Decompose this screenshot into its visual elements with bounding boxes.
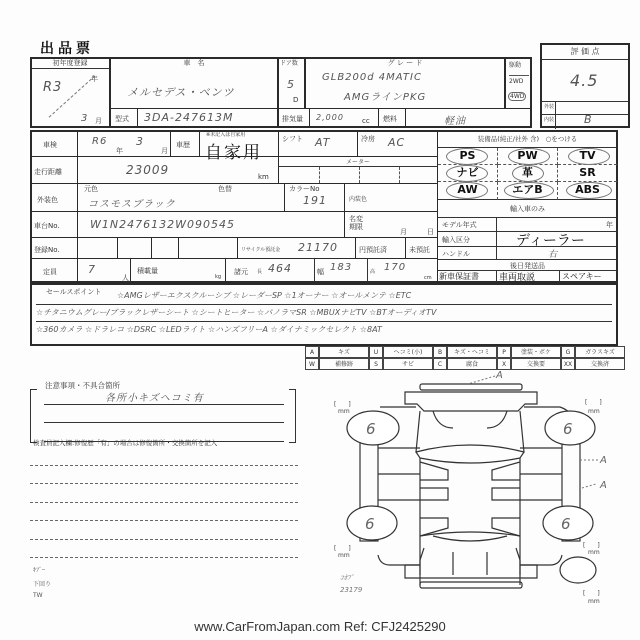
width-value: 183 xyxy=(330,262,352,273)
inspection-month-unit: 月 xyxy=(161,146,168,156)
inspection-label-cell: 車検 xyxy=(30,130,78,157)
score-value: 4.5 xyxy=(570,71,598,90)
handwritten-note: ｺｵﾌﾞ xyxy=(340,574,354,582)
tire-rr-depth: 6 xyxy=(561,515,571,533)
footer-watermark: www.CarFromJapan.com Ref: CFJ2425290 xyxy=(0,619,640,634)
damage-mark-a: A xyxy=(495,370,503,381)
recycle-unpaid-cell: 未預託 xyxy=(405,237,438,259)
ruled-line xyxy=(44,422,284,423)
exterior-label: 外装 xyxy=(544,103,554,110)
svg-text:mm: mm xyxy=(338,408,350,415)
equipment-divider xyxy=(438,259,617,260)
hood xyxy=(416,411,524,452)
meter-label: メーター xyxy=(279,157,437,167)
usage-cell: ※未記入は自家用 自家用 xyxy=(199,130,279,157)
reg-no-label-cell: 登録No. xyxy=(30,237,78,259)
capacity-cell: 7 人 xyxy=(77,258,131,283)
dashed-line xyxy=(30,483,298,484)
legend-code: P xyxy=(497,346,511,358)
handwritten-note: 23179 xyxy=(340,586,363,594)
sales-points-label: セールスポイント xyxy=(46,287,101,297)
ac-label: 冷房 xyxy=(361,134,375,144)
vin-label-cell: 車台No. xyxy=(30,211,78,238)
vin-label: 車台No. xyxy=(34,221,60,231)
recycle-paid-cell: 円預託済 xyxy=(355,237,406,259)
displacement-cell: 2,000 cc xyxy=(309,108,379,128)
specs-cell: 諸元 長 464 幅 183 高 170 cm xyxy=(225,258,438,283)
width-label: 幅 xyxy=(317,267,324,277)
length-value: 464 xyxy=(268,262,292,275)
meter-cell: メーター xyxy=(278,156,438,184)
mileage-cell: 23009 km xyxy=(77,156,279,184)
meter-divider xyxy=(399,167,400,183)
legend-label: ガラスキズ xyxy=(575,346,625,358)
circle-mark xyxy=(566,182,612,199)
svg-text:[ ]: [ ] xyxy=(334,545,351,552)
original-color-value: コスモスブラック xyxy=(88,195,176,210)
damage-mark-a: A xyxy=(599,455,607,466)
legend-label: ヘコミ(小) xyxy=(383,346,433,358)
model-year-unit: 年 xyxy=(606,220,613,230)
specs-divider xyxy=(367,259,368,282)
legend-code: XX xyxy=(561,358,575,370)
meter-divider xyxy=(319,167,320,183)
equipment-header: 装備品(純正/社外 含) ○をつける xyxy=(438,134,617,143)
capacity-label-cell: 定員 xyxy=(30,258,78,283)
repaint-label: 色替 xyxy=(218,184,232,194)
model-code-label-cell: 型式 xyxy=(110,108,138,128)
reg-no-label: 登録No. xyxy=(34,245,60,255)
height-label: 高 xyxy=(370,268,375,275)
name-change-day-unit: 日 xyxy=(427,227,434,237)
dashed-line xyxy=(30,465,298,466)
later-item-spare-key: スペアキー xyxy=(562,271,602,282)
ruled-line xyxy=(36,321,612,322)
recycle-paid-label: 円預託済 xyxy=(359,245,387,255)
fuel-cell: 軽油 xyxy=(405,108,532,128)
doors-unit: D xyxy=(293,96,298,104)
legend-code: S xyxy=(369,358,383,370)
model-year-label: モデル年式 xyxy=(442,220,477,230)
name-change-label: 名変 期限 xyxy=(349,215,363,231)
color-no-value: 191 xyxy=(303,194,327,207)
meter-divider xyxy=(359,167,360,183)
legend-label: キズ xyxy=(319,346,369,358)
legend-code: U xyxy=(369,346,383,358)
grade-cell: グ レ ー ド GLB200d 4MATIC AMGラインPKG xyxy=(305,57,505,109)
displacement-label-cell: 排気量 xyxy=(278,108,310,128)
car-name-cell: 車 名 メルセデス・ベンツ xyxy=(110,57,278,109)
damage-legend: A キズ U ヘコミ(小) B キズ・ヘコミ P 塗装・ボケ G ガラスキズ W… xyxy=(305,346,640,370)
ruled-line xyxy=(36,304,612,305)
sales-point-line-3: ☆360カメラ ☆ドラレコ ☆DSRC ☆LEDライト ☆ハンズフリーA ☆ダイ… xyxy=(36,324,382,335)
mileage-label: 走行距離 xyxy=(34,167,62,177)
legend-code: W xyxy=(305,358,319,370)
grade-line-2: AMGラインPKG xyxy=(344,88,426,103)
inspection-label: 車検 xyxy=(43,140,57,150)
svg-text:[ ]: [ ] xyxy=(583,590,600,597)
legend-label: 補修跡 xyxy=(319,358,369,370)
score-label: 評 価 点 xyxy=(542,46,628,60)
first-registration-month: 3 xyxy=(81,113,88,124)
vin-value: W1N2476132W090545 xyxy=(90,218,235,231)
usage-label-cell: 車歴 xyxy=(170,130,200,157)
legend-label: 交換要 xyxy=(511,358,561,370)
equipment-sunroof: SR xyxy=(558,165,617,182)
capacity-unit: 人 xyxy=(122,273,129,283)
legend-label: キズ・ヘコミ xyxy=(447,346,497,358)
inspector-label: 検査員記入欄:修復歴「有」の場合は修復箇所・交換箇所を記入 xyxy=(33,438,217,447)
specs-label: 諸元 xyxy=(234,267,248,277)
first-registration-year: R3 xyxy=(43,80,62,95)
svg-text:[ ]: [ ] xyxy=(583,542,600,549)
drive-4wd-circled: 4WD xyxy=(508,92,526,101)
usage-note: ※未記入は自家用 xyxy=(206,131,245,138)
equipment-divider xyxy=(438,217,617,218)
damage-mark-a: A xyxy=(599,480,607,491)
grade-label: グ レ ー ド xyxy=(306,58,504,68)
mileage-value: 23009 xyxy=(126,163,169,177)
inspection-month: 3 xyxy=(136,135,144,148)
ac-cell: 冷房 AC xyxy=(357,130,438,157)
interior-value: B xyxy=(584,113,593,126)
usage-label: 車歴 xyxy=(176,140,190,150)
color-no-label: カラーNo xyxy=(289,184,320,194)
interior-label: 内装 xyxy=(544,116,554,123)
small-label: 下回り xyxy=(33,579,51,588)
dashed-line xyxy=(30,557,298,558)
reg-no-cell xyxy=(77,237,118,259)
reg-no-cell xyxy=(117,237,152,259)
vin-cell: W1N2476132W090545 xyxy=(77,211,345,238)
sales-point-line-1: ☆AMGレザーエクスクルーシブ ☆レーダーSP ☆1オーナー ☆オールメンテ ☆… xyxy=(117,290,411,301)
legend-code: G xyxy=(561,346,575,358)
legend-code: X xyxy=(497,358,511,370)
svg-text:mm: mm xyxy=(588,408,600,415)
tire-rl-depth: 6 xyxy=(365,515,375,533)
legend-code: B xyxy=(433,346,447,358)
auction-sheet: 出品票 初年度登録 年 R3 3 月 車 名 メルセデス・ベンツ ドア数 5 D… xyxy=(0,0,640,640)
exterior-color-cell: 元色 コスモスブラック 色替 xyxy=(77,183,285,212)
bracket-right xyxy=(289,389,296,443)
load-cell: 積載量 kg xyxy=(130,258,226,283)
fuel-label-cell: 燃料 xyxy=(378,108,406,128)
legend-label: 腐食 xyxy=(447,358,497,370)
sheet-title: 出品票 xyxy=(40,38,94,58)
svg-text:mm: mm xyxy=(338,552,350,559)
capacity-value: 7 xyxy=(88,263,96,276)
displacement-unit: cc xyxy=(362,117,370,125)
import-type-label: 輸入区分 xyxy=(442,235,470,245)
equipment-divider xyxy=(438,246,617,247)
svg-text:mm: mm xyxy=(588,598,600,605)
score-box: 評 価 点 4.5 外装 内装 B xyxy=(540,43,630,128)
shift-label: シフト xyxy=(282,134,303,144)
later-item-warranty: 新車保証書 xyxy=(439,271,479,282)
drive-cell: 駆動 2WD 4WD xyxy=(505,57,532,109)
front-bumper-strip xyxy=(420,384,522,390)
doors-value: 5 xyxy=(287,78,295,91)
small-label: ｷﾌﾞｰ xyxy=(33,565,45,574)
recycle-unpaid-label: 未預託 xyxy=(409,245,430,255)
equipment-col-divider xyxy=(496,270,497,282)
legend-code: A xyxy=(305,346,319,358)
recycle-cell: リサイクル預託金 21170 xyxy=(237,237,356,259)
dashed-line xyxy=(30,502,298,503)
length-label: 長 xyxy=(257,268,262,275)
sales-points-box: セールスポイント ☆AMGレザーエクスクルーシブ ☆レーダーSP ☆1オーナー … xyxy=(30,283,618,346)
rear-bumper-strip xyxy=(420,582,522,588)
small-label: TW xyxy=(33,592,43,599)
car-name-value: メルセデス・ベンツ xyxy=(127,84,235,100)
circle-mark xyxy=(446,182,488,199)
circle-mark xyxy=(446,165,488,182)
later-item-manual: 車両取説 xyxy=(499,270,535,283)
circle-mark xyxy=(568,148,610,165)
equipment-panel: 装備品(純正/社外 含) ○をつける PS PW TV ナビ 革 SR AW エ… xyxy=(437,130,618,283)
equipment-col-divider xyxy=(559,270,560,282)
car-name-label: 車 名 xyxy=(111,58,277,68)
specs-unit: cm xyxy=(424,275,432,281)
reg-no-cell xyxy=(151,237,179,259)
load-unit: kg xyxy=(215,274,221,280)
fuel-label: 燃料 xyxy=(383,114,397,124)
name-change-month-unit: 月 xyxy=(400,227,407,237)
shift-value: AT xyxy=(315,136,330,149)
reg-no-cell xyxy=(178,237,238,259)
recycle-value: 21170 xyxy=(298,241,338,254)
fuel-value: 軽油 xyxy=(444,112,466,127)
interior-color-cell: 内装色 xyxy=(344,183,438,212)
exterior-color-label-cell: 外装色 xyxy=(30,183,78,212)
color-no-cell: カラーNo 191 xyxy=(284,183,345,212)
model-code-label: 型式 xyxy=(115,114,129,124)
equipment-col-divider xyxy=(496,217,497,260)
tire-fl-depth: 6 xyxy=(366,420,376,438)
circle-mark xyxy=(446,148,488,165)
capacity-label: 定員 xyxy=(43,267,57,277)
front-bumper xyxy=(405,392,537,411)
svg-text:mm: mm xyxy=(588,549,600,556)
specs-divider xyxy=(314,259,315,282)
svg-text:[ ]: [ ] xyxy=(334,401,351,408)
inspection-year-unit: 年 xyxy=(116,146,123,156)
doors-cell: ドア数 5 D xyxy=(278,57,305,109)
dashed-line xyxy=(30,520,298,521)
ac-value: AC xyxy=(388,136,405,149)
mileage-label-cell: 走行距離 xyxy=(30,156,78,184)
bracket-left xyxy=(30,389,37,443)
legend-code: C xyxy=(433,358,447,370)
legend-label: 塗装・ボケ xyxy=(511,346,561,358)
drive-label: 駆動 xyxy=(509,60,521,69)
legend-label: サビ xyxy=(383,358,433,370)
first-registration-cell: 初年度登録 年 R3 3 月 xyxy=(30,57,110,128)
sales-point-line-2: ☆チタニウムグレー/ブラックレザーシート ☆シートヒーター ☆パノラマSR ☆M… xyxy=(36,307,436,318)
load-label: 積載量 xyxy=(137,266,158,276)
name-change-cell: 名変 期限 月 日 xyxy=(344,211,438,238)
dashed-line xyxy=(30,539,298,540)
notes-value: 各所小キズヘコミ有 xyxy=(105,389,204,404)
score-col-divider xyxy=(555,101,556,129)
circle-mark xyxy=(512,165,544,182)
car-diagram: 6 6 6 6 [ ]mm [ ]mm [ ]mm [ ]mm [ ]mm A … xyxy=(320,370,640,610)
displacement-value: 2,000 xyxy=(316,113,344,122)
month-unit: 月 xyxy=(95,116,102,126)
inspection-year: R6 xyxy=(92,136,107,147)
drive-2wd: 2WD xyxy=(509,75,529,85)
circle-mark xyxy=(508,148,550,165)
svg-text:[ ]: [ ] xyxy=(585,399,602,406)
height-value: 170 xyxy=(384,262,406,273)
model-code-cell: 3DA-247613M xyxy=(137,108,278,128)
inspection-cell: R6 年 3 月 xyxy=(77,130,171,157)
tire-fr-depth: 6 xyxy=(563,420,573,438)
handle-label: ハンドル xyxy=(442,249,470,259)
circle-mark xyxy=(504,182,554,199)
import-only-label: 輸入車のみ xyxy=(438,204,617,214)
exterior-color-label: 外装色 xyxy=(37,195,58,205)
recycle-label: リサイクル預託金 xyxy=(241,246,280,253)
displacement-label: 排気量 xyxy=(282,114,303,124)
mileage-unit: km xyxy=(258,173,269,181)
model-code-value: 3DA-247613M xyxy=(144,111,233,124)
original-color-label: 元色 xyxy=(84,184,98,194)
spare-tire xyxy=(560,557,596,583)
first-registration-label: 初年度登録 xyxy=(31,58,109,69)
shift-cell: シフト AT xyxy=(278,130,358,157)
interior-color-label: 内装色 xyxy=(349,194,367,203)
ruled-line xyxy=(44,404,284,405)
doors-label: ドア数 xyxy=(280,58,298,67)
grade-line-1: GLB200d 4MATIC xyxy=(322,72,422,83)
legend-label: 交換済 xyxy=(575,358,625,370)
